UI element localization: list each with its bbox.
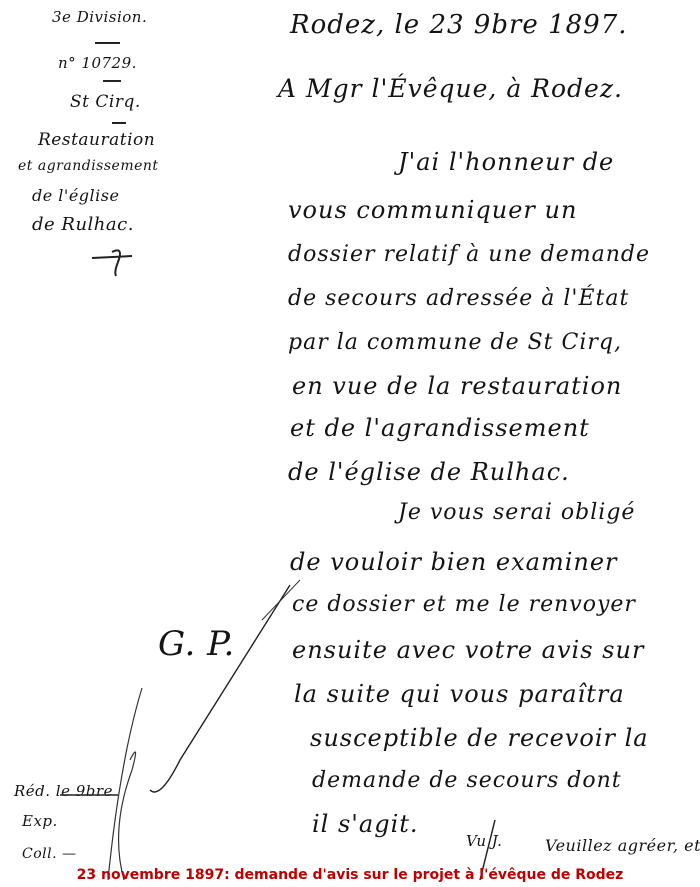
annotation-vu: Vu J. [466,832,502,850]
margin-division: 3e Division. [52,8,147,26]
divider [112,122,126,124]
margin-subject-line: Restauration [38,130,155,150]
body-line: dossier relatif à une demande [288,242,650,267]
margin-number: n° 10729. [58,54,137,72]
margin-subject-line: et agrandissement [18,158,159,174]
letter-page: 3e Division. n° 10729. St Cirq. Restaura… [0,0,700,887]
body-line: Je vous serai obligé [398,500,635,525]
body-line: il s'agit. [312,810,419,838]
body-line: la suite qui vous paraîtra [294,680,625,708]
note-line: Réd. le 9bre [14,782,113,800]
body-line: susceptible de recevoir la [310,724,649,752]
closing-formula: Veuillez agréer, etc. [545,836,700,855]
body-line: en vue de la restauration [292,372,622,400]
body-line: vous communiquer un [288,196,577,224]
margin-commune: St Cirq. [70,92,141,112]
addressee: A Mgr l'Évêque, à Rodez. [278,74,623,103]
note-line: Coll. — [22,846,77,862]
place-date: Rodez, le 23 9bre 1897. [290,10,628,40]
margin-subject-line: de Rulhac. [32,214,134,235]
body-line: de vouloir bien examiner [290,548,618,576]
body-line: ensuite avec votre avis sur [292,636,644,664]
body-line: de secours adressée à l'État [288,286,629,311]
note-line: Exp. [22,812,58,830]
caption: 23 novembre 1897: demande d'avis sur le … [0,867,700,883]
divider [95,42,120,44]
body-line: par la commune de St Cirq, [288,330,622,355]
body-line: J'ai l'honneur de [398,148,614,176]
body-line: et de l'agrandissement [290,414,590,442]
body-line: demande de secours dont [312,768,622,793]
initials: G. P. [158,624,235,664]
divider [103,80,121,82]
body-line: ce dossier et me le renvoyer [292,592,636,617]
margin-subject-line: de l'église [32,186,119,205]
body-line: de l'église de Rulhac. [288,458,570,486]
